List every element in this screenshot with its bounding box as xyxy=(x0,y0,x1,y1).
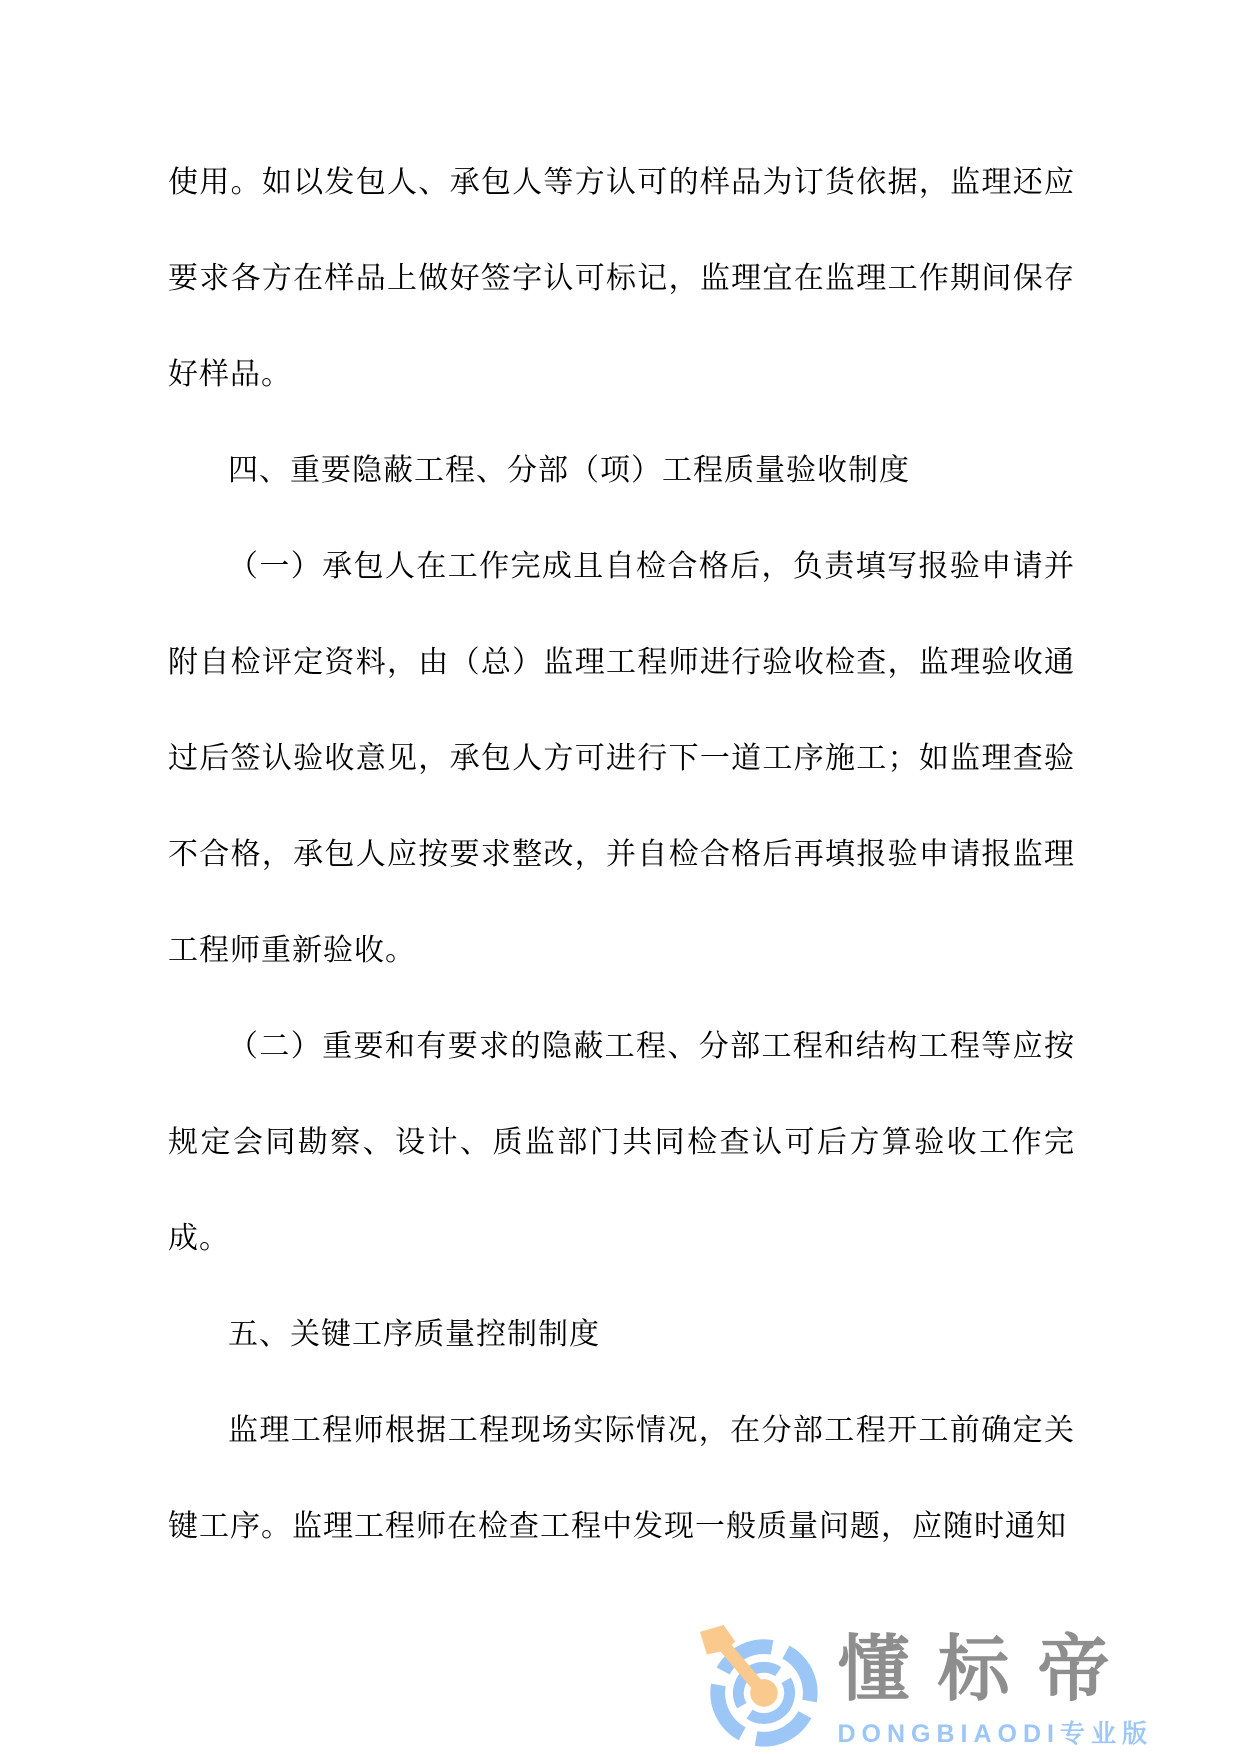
watermark-brand-latin: DONGBIAODI xyxy=(837,1720,1060,1748)
section-heading-5: 五、关键工序质量控制制度 xyxy=(168,1287,1075,1383)
paragraph-item-2-joint-inspection: （二）重要和有要求的隐蔽工程、分部工程和结构工程等应按规定会同勘察、设计、质监部… xyxy=(168,999,1075,1287)
paragraph-item-1-acceptance-procedure: （一）承包人在工作完成且自检合格后，负责填写报验申请并附自检评定资料，由（总）监… xyxy=(168,519,1075,999)
watermark-brand-subtitle: DONGBIAODI专业版 xyxy=(837,1714,1153,1750)
document-body: 使用。如以发包人、承包人等方认可的样品为订货依据，监理还应要求各方在样品上做好签… xyxy=(168,135,1075,1575)
watermark-brand-suffix: 专业版 xyxy=(1060,1720,1153,1748)
section-heading-4: 四、重要隐蔽工程、分部（项）工程质量验收制度 xyxy=(168,423,1075,519)
watermark-brand-name: 懂标帝 xyxy=(837,1634,1153,1706)
paragraph-sample-keeping: 使用。如以发包人、承包人等方认可的样品为订货依据，监理还应要求各方在样品上做好签… xyxy=(168,135,1075,423)
watermark-logo: 懂标帝 DONGBIAODI专业版 xyxy=(697,1624,1153,1752)
document-page: 使用。如以发包人、承包人等方认可的样品为订货依据，监理还应要求各方在样品上做好签… xyxy=(0,0,1241,1754)
watermark-text: 懂标帝 DONGBIAODI专业版 xyxy=(837,1634,1153,1752)
paragraph-key-process-control: 监理工程师根据工程现场实际情况，在分部工程开工前确定关键工序。监理工程师在检查工… xyxy=(168,1383,1075,1575)
bullseye-dart-icon xyxy=(697,1624,827,1752)
